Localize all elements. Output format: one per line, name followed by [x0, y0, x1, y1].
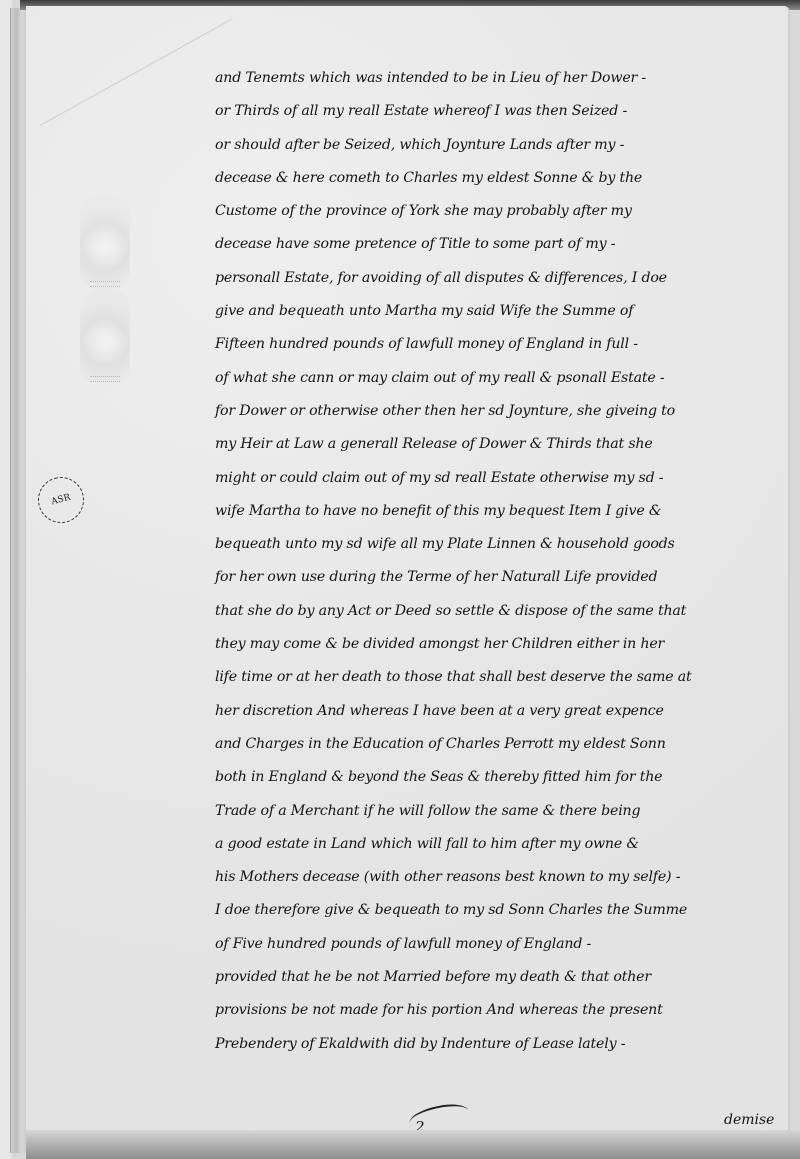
text-line: Fifteen hundred pounds of lawfull money … — [215, 328, 795, 361]
embossed-tax-stamp-icon — [80, 195, 130, 290]
text-line: and Tenemts which was intended to be in … — [215, 62, 795, 95]
text-line: Custome of the province of York she may … — [215, 195, 795, 228]
text-line: provided that he be not Married before m… — [215, 961, 795, 994]
text-line: wife Martha to have no benefit of this m… — [215, 495, 795, 528]
text-line: his Mothers decease (with other reasons … — [215, 861, 795, 894]
text-line: provisions be not made for his portion A… — [215, 994, 795, 1027]
text-line: decease & here cometh to Charles my elde… — [215, 162, 795, 195]
text-line: that she do by any Act or Deed so settle… — [215, 595, 795, 628]
text-line: both in England & beyond the Seas & ther… — [215, 761, 795, 794]
embossed-tax-stamp-icon — [80, 290, 130, 385]
text-line: life time or at her death to those that … — [215, 661, 795, 694]
text-line: might or could claim out of my sd reall … — [215, 462, 795, 495]
text-line: of what she cann or may claim out of my … — [215, 362, 795, 395]
text-line: a good estate in Land which will fall to… — [215, 828, 795, 861]
text-line: or Thirds of all my reall Estate whereof… — [215, 95, 795, 128]
text-line: I doe therefore give & bequeath to my sd… — [215, 894, 795, 927]
text-line: Trade of a Merchant if he will follow th… — [215, 795, 795, 828]
catchword: demise — [724, 1112, 774, 1128]
text-line: for Dower or otherwise other then her sd… — [215, 395, 795, 428]
text-line: her discretion And whereas I have been a… — [215, 695, 795, 728]
text-line: bequeath unto my sd wife all my Plate Li… — [215, 528, 795, 561]
stamp-text: ASR — [50, 493, 71, 508]
bottom-shadow — [26, 1130, 800, 1159]
text-line: decease have some pretence of Title to s… — [215, 228, 795, 261]
text-line: and Charges in the Education of Charles … — [215, 728, 795, 761]
text-line: my Heir at Law a generall Release of Dow… — [215, 428, 795, 461]
manuscript-text: and Tenemts which was intended to be in … — [215, 62, 795, 1061]
text-line: Prebendery of Ekaldwith did by Indenture… — [215, 1028, 795, 1061]
text-line: of Five hundred pounds of lawfull money … — [215, 928, 795, 961]
text-line: give and bequeath unto Martha my said Wi… — [215, 295, 795, 328]
text-line: for her own use during the Terme of her … — [215, 561, 795, 594]
text-line: personall Estate, for avoiding of all di… — [215, 262, 795, 295]
text-line: or should after be Seized, which Joyntur… — [215, 129, 795, 162]
text-line: they may come & be divided amongst her C… — [215, 628, 795, 661]
